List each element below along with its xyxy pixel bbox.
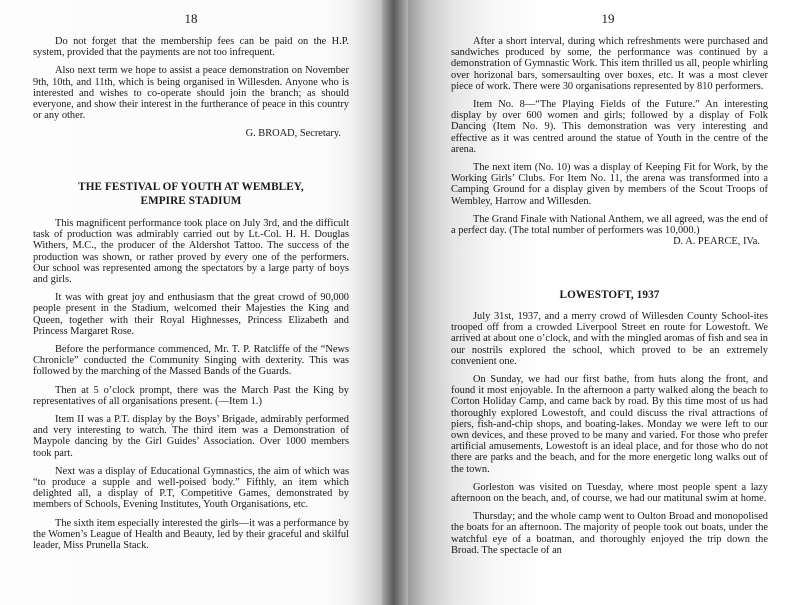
left-page: 18 Do not forget that the membership fee…	[0, 0, 382, 605]
paragraph: Item No. 8—“The Playing Fields of the Fu…	[451, 99, 768, 155]
paragraph: Also next term we hope to assist a peace…	[33, 65, 349, 121]
signature: G. BROAD, Secretary.	[33, 128, 349, 139]
left-top-section: Do not forget that the membership fees c…	[33, 36, 349, 140]
book-gutter	[382, 0, 408, 605]
paragraph: Item II was a P.T. display by the Boys’ …	[33, 414, 349, 459]
paragraph: The sixth item especially interested the…	[33, 518, 349, 552]
paragraph: Thursday; and the whole camp went to Oul…	[451, 511, 768, 556]
page-number-left: 18	[0, 11, 382, 27]
paragraph: The Grand Finale with National Anthem, w…	[451, 214, 768, 236]
paragraph: On Sunday, we had our first bathe, from …	[451, 374, 768, 475]
article-title-line: THE FESTIVAL OF YOUTH AT WEMBLEY,	[33, 180, 349, 194]
paragraph: Then at 5 o’clock prompt, there was the …	[33, 385, 349, 407]
paragraph: It was with great joy and enthusiasm tha…	[33, 292, 349, 337]
right-continued-section: After a short interval, during which ref…	[451, 36, 768, 247]
article-title: THE FESTIVAL OF YOUTH AT WEMBLEY, EMPIRE…	[33, 180, 349, 208]
article-title: LOWESTOFT, 1937	[451, 288, 768, 302]
paragraph: Next was a display of Educational Gymnas…	[33, 466, 349, 511]
book-spread: 18 Do not forget that the membership fee…	[0, 0, 785, 605]
paragraph: Before the performance commenced, Mr. T.…	[33, 344, 349, 378]
paragraph: July 31st, 1937, and a merry crowd of Wi…	[451, 311, 768, 367]
lowestoft-article: LOWESTOFT, 1937 July 31st, 1937, and a m…	[451, 288, 768, 556]
paragraph: Do not forget that the membership fees c…	[33, 36, 349, 58]
paragraph: After a short interval, during which ref…	[451, 36, 768, 92]
signature: D. A. PEARCE, IVa.	[451, 236, 768, 247]
festival-article: THE FESTIVAL OF YOUTH AT WEMBLEY, EMPIRE…	[33, 180, 349, 551]
article-title-line: EMPIRE STADIUM	[33, 194, 349, 208]
paragraph: Gorleston was visited on Tuesday, where …	[451, 482, 768, 504]
page-number-right: 19	[408, 11, 785, 27]
paragraph: This magnificent performance took place …	[33, 218, 349, 285]
paragraph: The next item (No. 10) was a display of …	[451, 162, 768, 207]
right-page: 19 After a short interval, during which …	[408, 0, 785, 605]
